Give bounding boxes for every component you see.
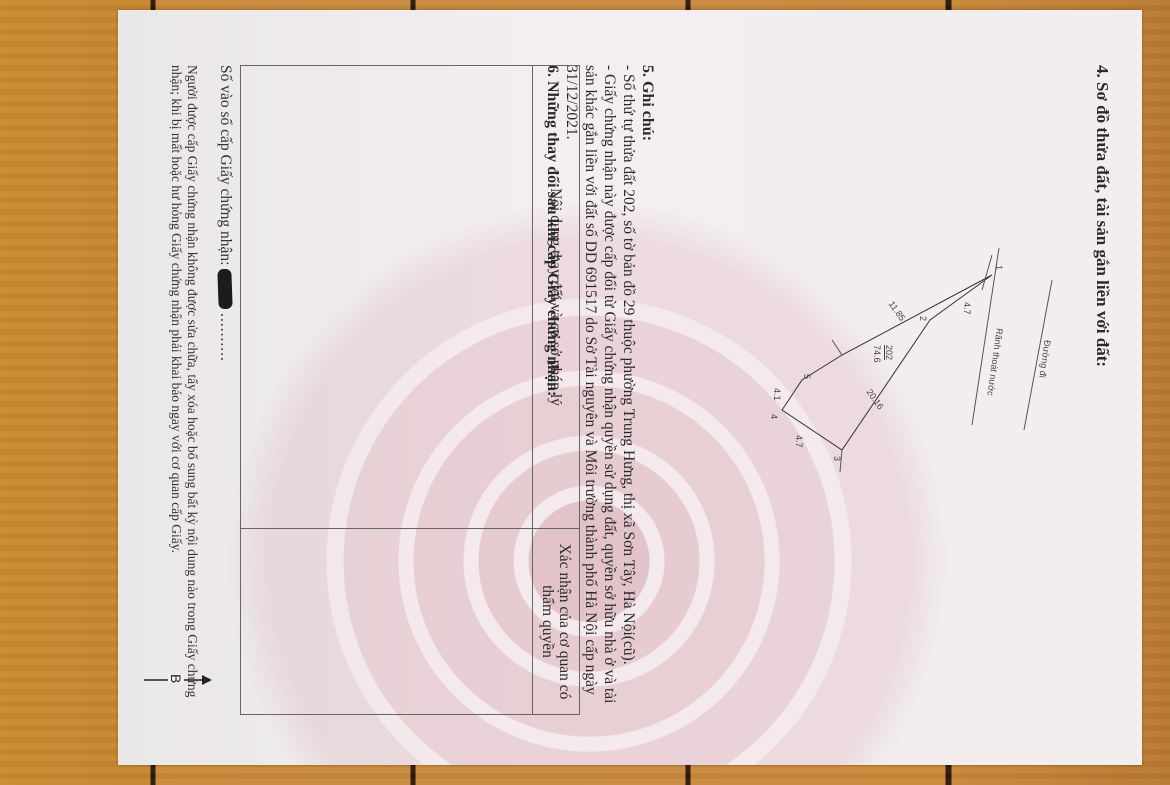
- change-content-cell: [241, 66, 533, 529]
- redacted-registry-value: [217, 269, 232, 309]
- edge-2-3-length: 20.16: [864, 387, 885, 411]
- registry-number: Số vào sổ cấp Giấy chứng nhận: .........…: [216, 65, 234, 362]
- note-line-1: - Số thứ tự thửa đất 202, số tờ bản đồ 2…: [619, 65, 638, 715]
- warning-text: Người được cấp Giấy chứng nhận không đượ…: [168, 65, 200, 705]
- point-2: 2: [918, 316, 928, 321]
- edge-5-1-length: 11.85: [887, 299, 908, 323]
- edge-3-4-length: 4.7: [794, 435, 804, 448]
- point-1: 1: [994, 265, 1004, 270]
- certificate-paper: 4. Sơ đồ thửa đất, tài sản gắn liền với …: [118, 10, 1142, 765]
- point-4: 4: [769, 414, 779, 419]
- point-5: 5: [802, 374, 812, 379]
- edge-4-5-length: 4.1: [772, 388, 782, 401]
- point-3: 3: [832, 456, 842, 461]
- authority-confirmation-cell: [241, 529, 533, 715]
- column-header-authority-confirmation: Xác nhận của cơ quan có thẩm quyền: [533, 529, 580, 715]
- road-label: Đường đi: [1037, 339, 1052, 378]
- drain-label: Rãnh thoát nước: [985, 328, 1004, 397]
- edge-1-2-length: 4.7: [962, 302, 972, 315]
- parcel-number: 202: [884, 345, 894, 360]
- registry-label: Số vào sổ cấp Giấy chứng nhận:: [217, 65, 234, 265]
- parcel-area: 74.6: [872, 345, 882, 363]
- column-header-change-content: Nội dung thay đổi và cơ sở pháp lý: [533, 66, 580, 529]
- registry-dots: ..........: [217, 313, 234, 362]
- certificate-page: 4. Sơ đồ thửa đất, tài sản gắn liền với …: [118, 10, 1142, 765]
- section-5-title: 5. Ghi chú:: [638, 65, 657, 715]
- changes-table: Nội dung thay đổi và cơ sở pháp lý Xác n…: [240, 65, 580, 715]
